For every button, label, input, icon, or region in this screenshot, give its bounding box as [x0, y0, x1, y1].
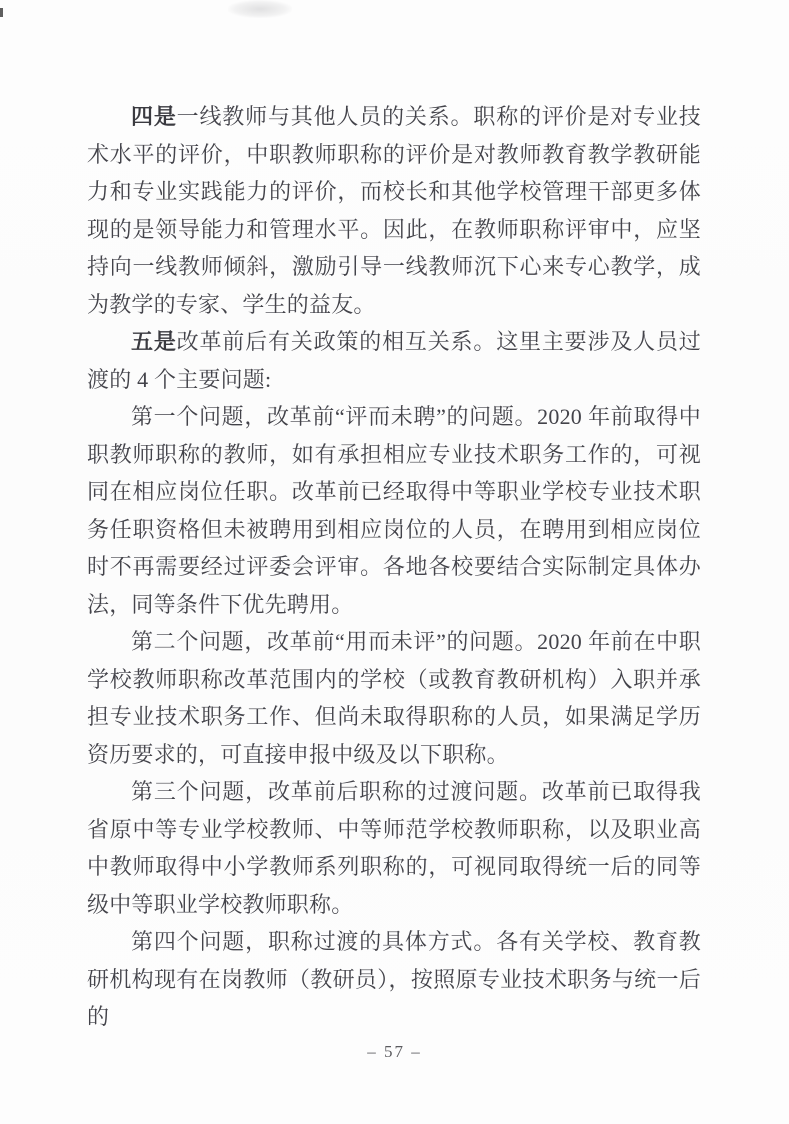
scan-edge-artifact	[0, 8, 3, 17]
page-number: – 57 –	[0, 1040, 789, 1064]
paragraph-lead: 四是	[131, 104, 177, 129]
paragraph-text: 第三个问题，改革前后职称的过渡问题。改革前已取得我省原中等专业学校教师、中等师范…	[87, 779, 701, 917]
paragraph-text: 第一个问题，改革前“评而未聘”的问题。2020 年前取得中职教师职称的教师，如有…	[87, 404, 701, 617]
paragraph-text: 第二个问题，改革前“用而未评”的问题。2020 年前在中职学校教师职称改革范围内…	[87, 629, 701, 767]
document-body: 四是一线教师与其他人员的关系。职称的评价是对专业技术水平的评价，中职教师职称的评…	[87, 98, 701, 1036]
paragraph-text: 改革前后有关政策的相互关系。这里主要涉及人员过渡的 4 个主要问题:	[87, 329, 701, 392]
paragraph: 第一个问题，改革前“评而未聘”的问题。2020 年前取得中职教师职称的教师，如有…	[87, 398, 701, 623]
paragraph: 第四个问题，职称过渡的具体方式。各有关学校、教育教研机构现有在岗教师（教研员），…	[87, 923, 701, 1036]
paragraph: 第三个问题，改革前后职称的过渡问题。改革前已取得我省原中等专业学校教师、中等师范…	[87, 773, 701, 923]
paragraph: 第二个问题，改革前“用而未评”的问题。2020 年前在中职学校教师职称改革范围内…	[87, 623, 701, 773]
scan-smudge-artifact	[228, 0, 292, 18]
paragraph-text: 一线教师与其他人员的关系。职称的评价是对专业技术水平的评价，中职教师职称的评价是…	[87, 104, 701, 317]
document-page: 四是一线教师与其他人员的关系。职称的评价是对专业技术水平的评价，中职教师职称的评…	[0, 0, 789, 1124]
paragraph: 四是一线教师与其他人员的关系。职称的评价是对专业技术水平的评价，中职教师职称的评…	[87, 98, 701, 323]
paragraph-lead: 五是	[131, 329, 177, 354]
paragraph: 五是改革前后有关政策的相互关系。这里主要涉及人员过渡的 4 个主要问题:	[87, 323, 701, 398]
paragraph-text: 第四个问题，职称过渡的具体方式。各有关学校、教育教研机构现有在岗教师（教研员），…	[87, 929, 701, 1029]
